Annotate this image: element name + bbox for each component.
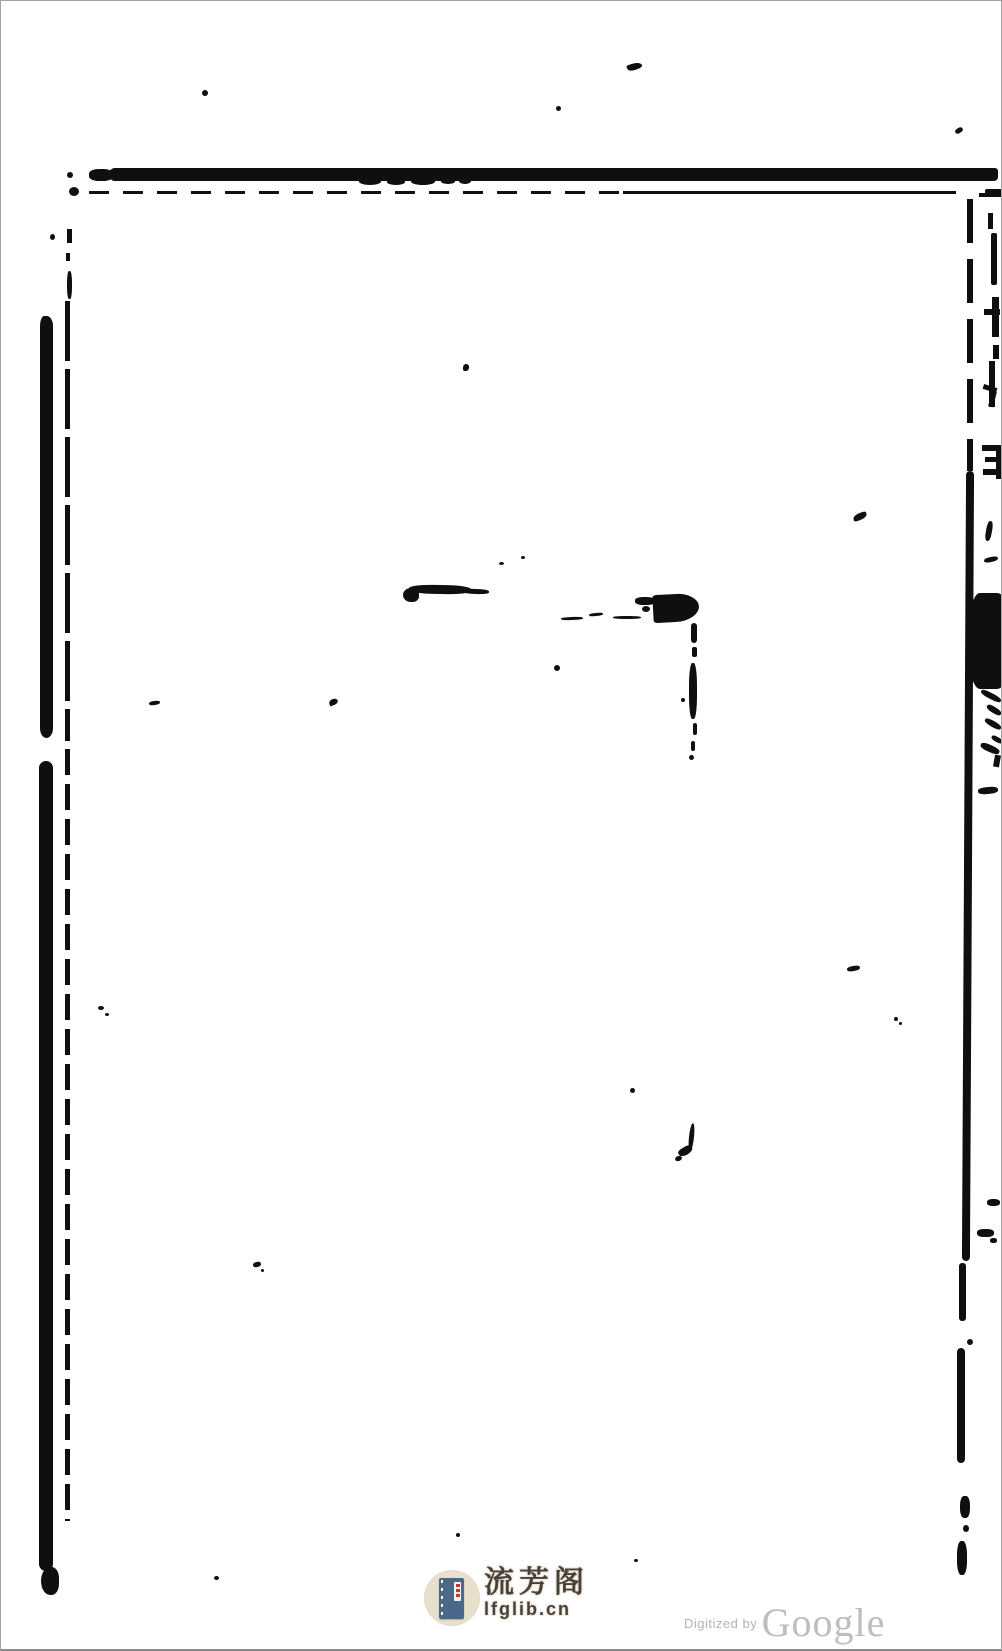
cjk-fragment	[996, 445, 1001, 479]
cjk-fragment	[985, 189, 1002, 197]
ink-trail	[561, 617, 583, 621]
top-border-blob	[89, 169, 113, 181]
speck	[456, 1533, 460, 1537]
left-border-thick-line	[40, 316, 53, 738]
ink-drip	[691, 623, 697, 643]
ink-drip	[692, 647, 697, 657]
ink-bit	[642, 606, 650, 612]
left-border-end-blob	[41, 1567, 59, 1595]
thread-bound-book-icon	[439, 1578, 464, 1619]
cjk-fragment	[991, 734, 1002, 744]
speck	[214, 1576, 219, 1580]
right-margin-dot	[967, 1339, 973, 1345]
right-border-dashed	[967, 199, 973, 471]
cjk-fragment	[993, 755, 1001, 768]
speck	[149, 700, 160, 705]
speck	[499, 562, 504, 565]
ink-dot	[463, 364, 469, 371]
cjk-fragment	[984, 521, 993, 542]
ink-dot	[554, 665, 560, 671]
cjk-fragment	[984, 717, 1002, 731]
ink-flick	[954, 126, 963, 134]
ink-drip	[691, 741, 695, 751]
ink-wedge	[652, 593, 699, 623]
cjk-fragment	[979, 741, 1000, 756]
top-inner-line	[623, 191, 956, 194]
speck	[521, 556, 525, 559]
cjk-fragment	[992, 297, 999, 337]
right-margin-dash	[987, 1199, 1000, 1206]
top-border-bump	[411, 178, 435, 185]
google-logo: Google	[762, 1600, 886, 1645]
top-border-dot	[67, 172, 73, 178]
right-margin-dash	[977, 1229, 994, 1237]
top-border-bump	[387, 179, 405, 185]
ink-hook-dot	[674, 1155, 682, 1162]
watermark-site-domain: lfglib.cn	[484, 1600, 589, 1618]
ink-trail	[613, 616, 641, 619]
ink-drip	[693, 723, 697, 735]
speck	[261, 1269, 264, 1272]
ink-flick	[252, 1261, 261, 1268]
right-border-blob	[957, 1541, 967, 1575]
ink-drip-dot	[681, 698, 685, 702]
left-inner-line-dashed	[65, 749, 70, 1521]
ink-drip	[689, 663, 697, 719]
right-margin-dash	[978, 786, 999, 795]
speck	[634, 1559, 638, 1562]
cjk-fragment	[986, 703, 1002, 717]
right-border-blob	[960, 1496, 970, 1518]
ink-flick	[626, 60, 643, 72]
cjk-fragment-blob	[970, 593, 1002, 689]
right-margin-dash	[847, 965, 861, 972]
speck	[556, 106, 561, 111]
scanned-book-page: 流芳阁 lfglib.cn Digitized by Google	[0, 0, 1002, 1651]
ink-trail	[589, 612, 603, 616]
ink-drip-dot	[689, 755, 694, 760]
watermark-site-name: 流芳阁	[484, 1568, 589, 1598]
ink-flick	[852, 511, 867, 522]
book-title-label	[454, 1582, 461, 1601]
speck	[899, 1022, 902, 1025]
top-border-bump	[459, 178, 471, 184]
digitized-by-label: Digitized by	[684, 1616, 757, 1631]
top-border-bump	[359, 178, 381, 185]
left-inner-dash	[67, 271, 72, 299]
book-stitch-dots	[441, 1580, 443, 1617]
left-border-dot	[50, 234, 55, 240]
right-border-segment	[959, 1263, 966, 1321]
watermark-badge	[425, 1571, 479, 1625]
ink-dot	[630, 1088, 635, 1093]
left-inner-dash	[66, 253, 70, 261]
digitization-credit: Digitized by Google	[684, 1599, 885, 1646]
right-border-line	[962, 471, 974, 1261]
brush-stroke-tail	[463, 589, 489, 595]
right-border-segment	[957, 1348, 965, 1463]
top-border-bump	[441, 179, 455, 184]
cjk-fragment	[984, 556, 999, 564]
speck	[105, 1013, 109, 1016]
speck	[894, 1017, 898, 1021]
top-inner-line-dashed	[89, 191, 623, 194]
cjk-fragment	[993, 345, 999, 359]
left-inner-line-dashed	[65, 301, 70, 741]
top-border-thick-line	[109, 168, 998, 181]
watermark-text: 流芳阁 lfglib.cn	[484, 1568, 589, 1618]
left-border-thick-line	[39, 761, 53, 1571]
ink-comma	[328, 698, 339, 707]
cjk-fragment	[980, 688, 1002, 704]
book-title-seal-text	[456, 1584, 460, 1597]
cjk-fragment	[988, 213, 993, 229]
speck	[98, 1006, 104, 1010]
cjk-fragment	[991, 233, 997, 285]
right-margin-dash	[990, 1238, 997, 1243]
left-inner-dash	[67, 229, 72, 243]
speck	[201, 89, 208, 96]
top-inner-line-blob	[69, 187, 79, 196]
right-border-blob	[963, 1525, 969, 1532]
